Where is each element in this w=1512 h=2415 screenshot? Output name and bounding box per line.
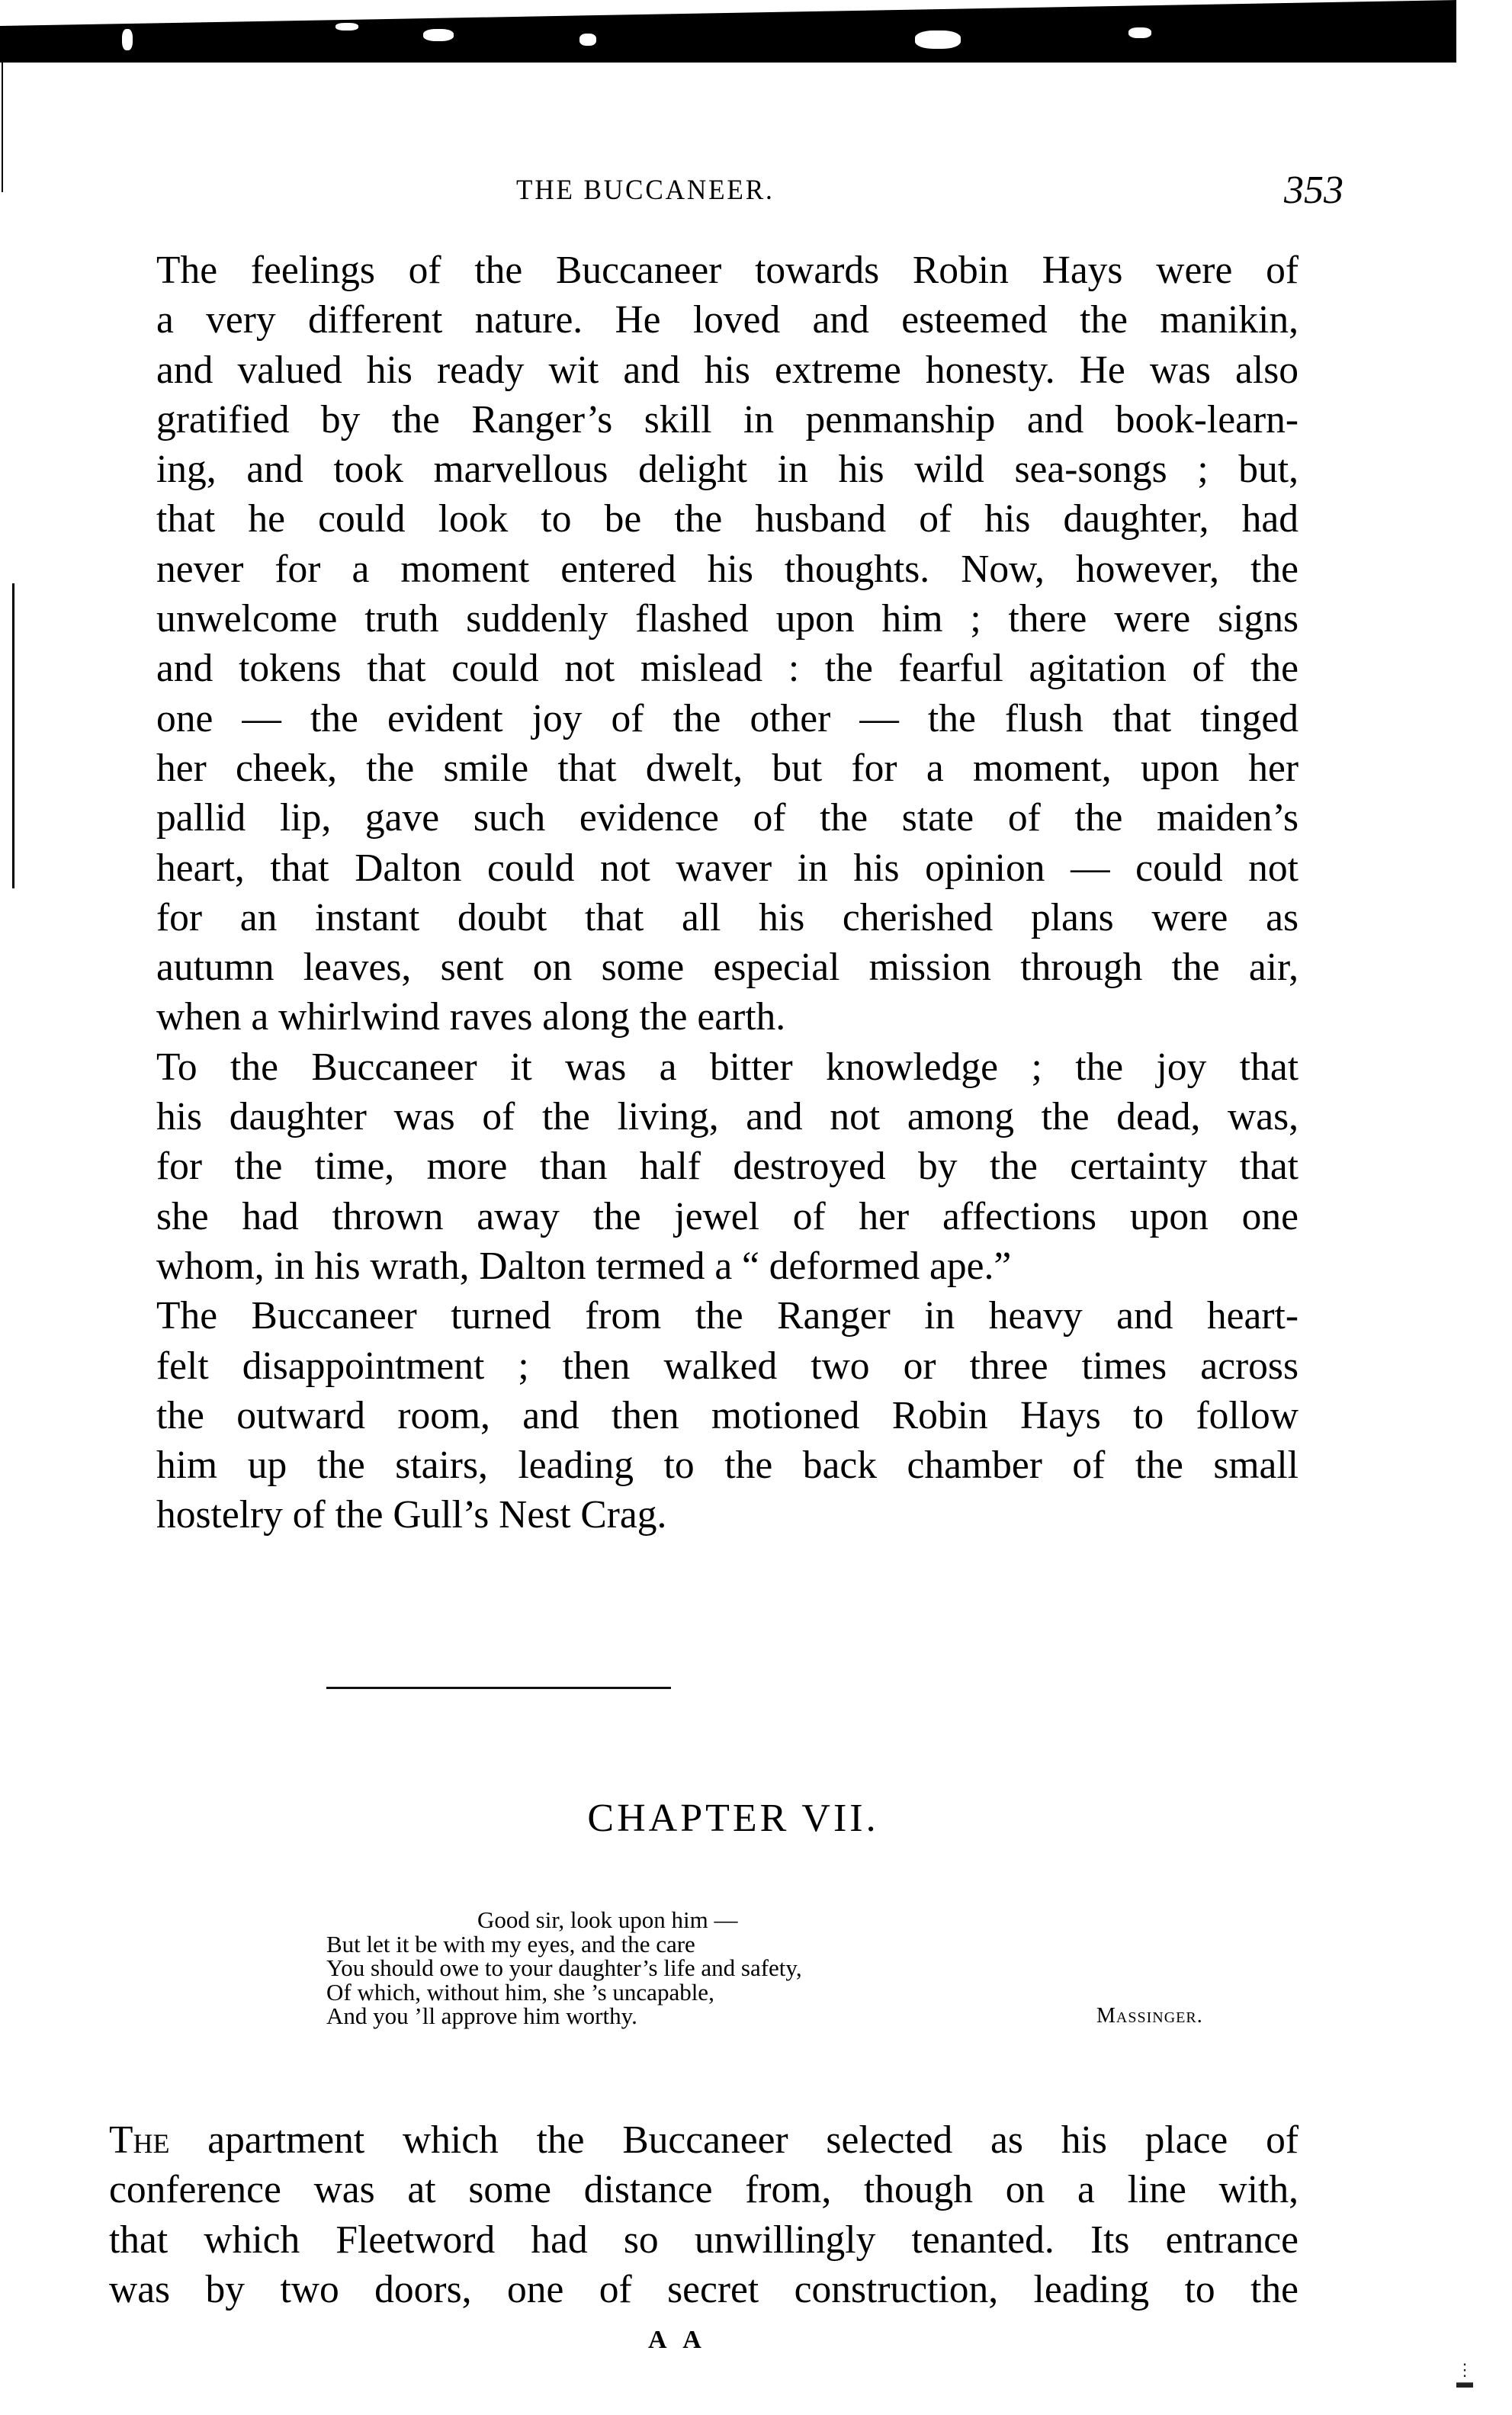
epigraph: Good sir, look upon him — But let it be … bbox=[326, 1908, 1318, 2028]
chapter-heading: CHAPTER VII. bbox=[0, 1796, 1512, 1841]
page-number: 353 bbox=[1284, 168, 1343, 213]
scan-margin-line bbox=[12, 583, 14, 888]
text-line: ing, and took marvellous delight in his … bbox=[109, 445, 1299, 494]
chapter-opening-text: The apartment which the Buccaneer select… bbox=[109, 2115, 1299, 2314]
scan-margin-line bbox=[2, 63, 3, 192]
chapter-title: CHAPTER VII. bbox=[587, 1796, 878, 1841]
text-line: the outward room, and then motioned Robi… bbox=[109, 1391, 1299, 1440]
text-line: and tokens that could not mislead : the … bbox=[109, 644, 1299, 693]
signature-mark: A A bbox=[648, 2326, 708, 2355]
epigraph-attribution: Massinger. bbox=[1096, 2004, 1203, 2028]
paragraph: The apartment which the Buccaneer select… bbox=[109, 2115, 1299, 2314]
text-fragment: apartment which the Buccaneer selected a… bbox=[169, 2118, 1299, 2162]
scan-speck bbox=[915, 31, 961, 49]
section-divider bbox=[326, 1687, 671, 1689]
text-line: and valued his ready wit and his extreme… bbox=[109, 345, 1299, 395]
text-line: him up the stairs, leading to the back c… bbox=[109, 1440, 1299, 1490]
text-line: she had thrown away the jewel of her aff… bbox=[109, 1192, 1299, 1241]
text-line: felt disappointment ; then walked two or… bbox=[109, 1341, 1299, 1391]
scan-speck bbox=[579, 34, 596, 46]
scan-speck bbox=[423, 29, 454, 41]
text-line: To the Buccaneer it was a bitter knowled… bbox=[109, 1042, 1299, 1092]
text-line: his daughter was of the living, and not … bbox=[109, 1092, 1299, 1142]
text-line: whom, in his wrath, Dalton termed a “ de… bbox=[109, 1241, 1299, 1291]
drop-word: The bbox=[109, 2118, 169, 2162]
text-line: gratified by the Ranger’s skill in penma… bbox=[109, 395, 1299, 445]
scan-speck bbox=[335, 23, 358, 31]
scan-speck bbox=[122, 29, 133, 50]
scan-corner-marks: ⋮▬ bbox=[1456, 2364, 1473, 2388]
text-line: her cheek, the smile that dwelt, but for… bbox=[109, 743, 1299, 793]
epigraph-line: Good sir, look upon him — bbox=[326, 1908, 1318, 1932]
text-line: pallid lip, gave such evidence of the st… bbox=[109, 793, 1299, 843]
text-line: The apartment which the Buccaneer select… bbox=[109, 2115, 1299, 2165]
paragraph: The feelings of the Buccaneer towards Ro… bbox=[109, 246, 1299, 1042]
text-line: one — the evident joy of the other — the… bbox=[109, 694, 1299, 743]
epigraph-line: Of which, without him, she ’s uncapable, bbox=[326, 1980, 1318, 2005]
text-line: The Buccaneer turned from the Ranger in … bbox=[109, 1291, 1299, 1341]
text-line: that which Fleetword had so unwillingly … bbox=[109, 2215, 1299, 2265]
text-line: a very different nature. He loved and es… bbox=[109, 295, 1299, 345]
scan-dark-edge bbox=[0, 0, 1456, 63]
text-line: The feelings of the Buccaneer towards Ro… bbox=[109, 246, 1299, 295]
scan-speck bbox=[1128, 27, 1151, 38]
text-line: unwelcome truth suddenly flashed upon hi… bbox=[109, 594, 1299, 644]
paragraph: To the Buccaneer it was a bitter knowled… bbox=[109, 1042, 1299, 1291]
text-line: hostelry of the Gull’s Nest Crag. bbox=[109, 1490, 1299, 1540]
running-head: THE BUCCANEER. 353 bbox=[0, 174, 1512, 220]
text-line: heart, that Dalton could not waver in hi… bbox=[109, 843, 1299, 893]
text-line: never for a moment entered his thoughts.… bbox=[109, 544, 1299, 594]
continuation-text: The feelings of the Buccaneer towards Ro… bbox=[109, 246, 1299, 1540]
text-line: that he could look to be the husband of … bbox=[109, 494, 1299, 544]
epigraph-line: But let it be with my eyes, and the care bbox=[326, 1932, 1318, 1957]
text-line: for the time, more than half destroyed b… bbox=[109, 1142, 1299, 1191]
text-line: conference was at some distance from, th… bbox=[109, 2165, 1299, 2214]
text-line: autumn leaves, sent on some especial mis… bbox=[109, 943, 1299, 992]
paragraph: The Buccaneer turned from the Ranger in … bbox=[109, 1291, 1299, 1540]
text-line: was by two doors, one of secret construc… bbox=[109, 2265, 1299, 2314]
text-line: when a whirlwind raves along the earth. bbox=[109, 992, 1299, 1042]
text-line: for an instant doubt that all his cheris… bbox=[109, 893, 1299, 943]
running-title: THE BUCCANEER. bbox=[516, 174, 775, 207]
epigraph-line: You should owe to your daughter’s life a… bbox=[326, 1956, 1318, 1980]
